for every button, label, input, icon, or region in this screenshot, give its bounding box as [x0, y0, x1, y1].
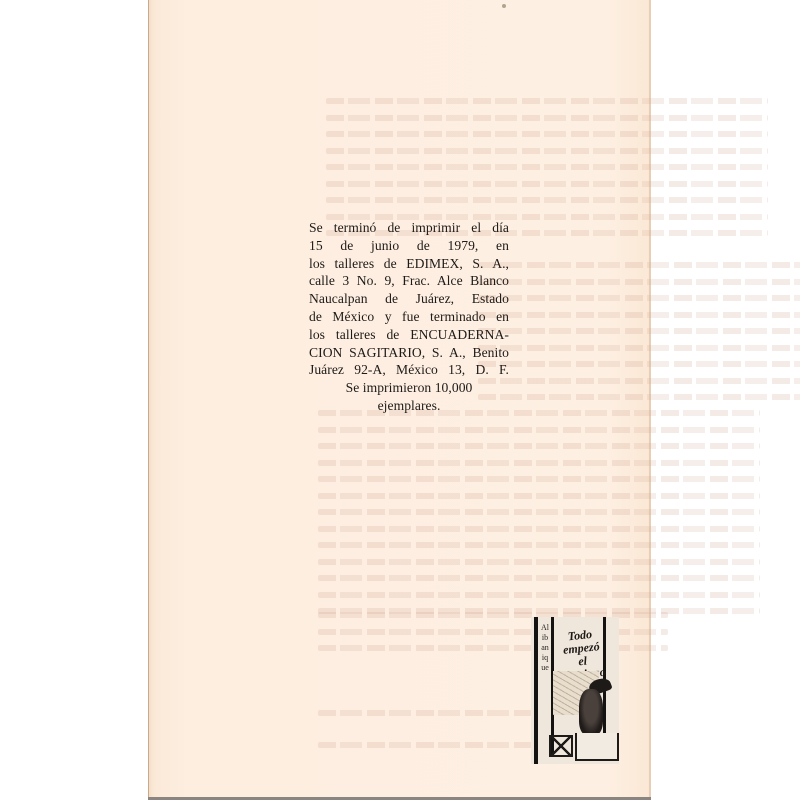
- colophon-line: los talleres de ENCUADERNA-: [309, 326, 509, 344]
- show-through-line: [478, 312, 800, 318]
- show-through-line: [478, 328, 800, 334]
- show-through-line: [478, 262, 800, 268]
- show-through-line: [318, 542, 760, 548]
- cover-frame-bar: [534, 617, 538, 764]
- show-through-line: [318, 575, 760, 581]
- show-through-line: [318, 427, 760, 433]
- show-through-line: [326, 164, 768, 170]
- show-through-line: [478, 279, 800, 285]
- show-through-line: [326, 115, 768, 121]
- show-through-line: [478, 361, 800, 367]
- cover-side-text: Alibanique: [541, 623, 549, 673]
- show-through-line: [326, 148, 768, 154]
- show-through-line: [318, 460, 760, 466]
- show-through-line: [318, 592, 760, 598]
- show-through-line: [318, 443, 760, 449]
- colophon-line: CION SAGITARIO, S. A., Benito: [309, 344, 509, 362]
- show-through-line: [326, 197, 768, 203]
- print-run-line: ejemplares.: [309, 397, 509, 415]
- colophon-line: los talleres de EDIMEX, S. A.,: [309, 255, 509, 273]
- colophon-line: Juárez 92-A, México 13, D. F.: [309, 361, 509, 379]
- show-through-line: [318, 509, 760, 515]
- colophon-line: de México y fue terminado en: [309, 308, 509, 326]
- show-through-line: [478, 378, 800, 384]
- publisher-logo-icon: [549, 735, 573, 757]
- colophon-line: Naucalpan de Juárez, Estado: [309, 290, 509, 308]
- colophon-line: 15 de junio de 1979, en: [309, 237, 509, 255]
- show-through-line: [318, 493, 760, 499]
- show-through-line: [318, 526, 760, 532]
- colophon-line: Se terminó de imprimir el día: [309, 219, 509, 237]
- show-through-line: [326, 98, 768, 104]
- print-run-line: Se imprimieron 10,000: [309, 379, 509, 397]
- show-through-line: [318, 476, 760, 482]
- book-cover-thumbnail: Alibanique Todo empezó el domingo: [531, 617, 619, 764]
- show-through-line: [326, 181, 768, 187]
- show-through-line: [478, 345, 800, 351]
- colophon-line: calle 3 No. 9, Frac. Alce Blanco: [309, 272, 509, 290]
- cover-eagle-figure: [579, 689, 603, 735]
- cover-pedestal: [575, 733, 619, 761]
- colophon: Se terminó de imprimir el día 15 de juni…: [309, 219, 509, 415]
- show-through-line: [318, 559, 760, 565]
- show-through-line: [478, 394, 800, 400]
- show-through-line: [478, 295, 800, 301]
- show-through-line: [326, 131, 768, 137]
